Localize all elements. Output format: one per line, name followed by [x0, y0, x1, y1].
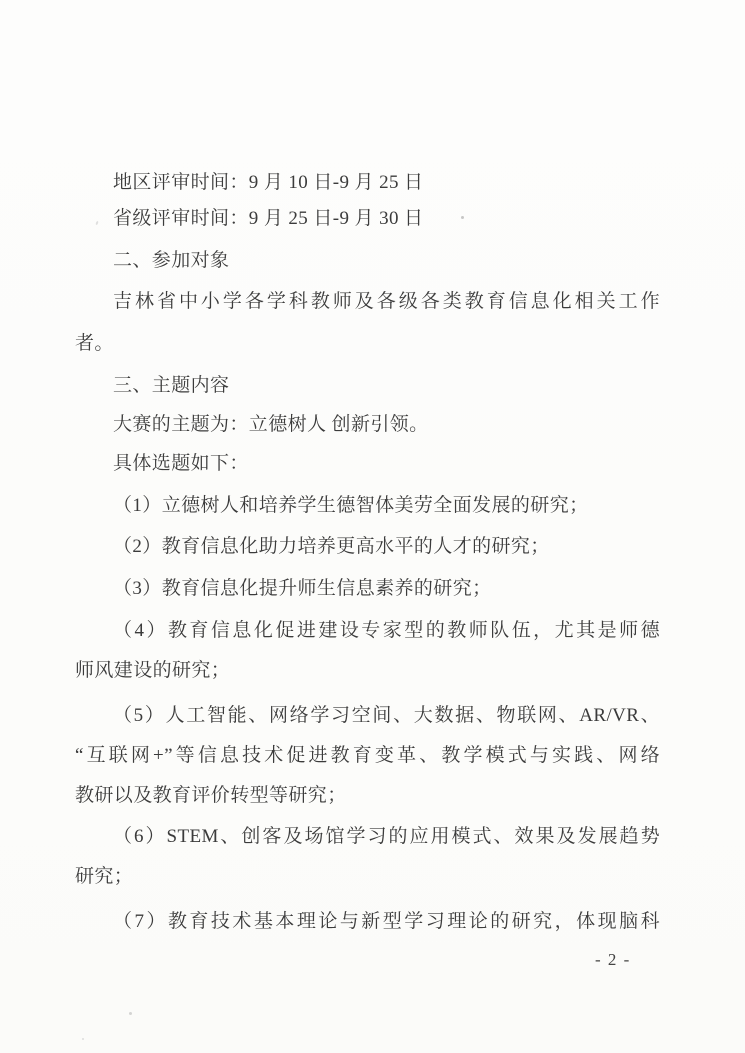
line-topic-2: （2）教育信息化助力培养更高水平的人才的研究； — [75, 533, 660, 560]
line-topic-4a: （4）教育信息化促进建设专家型的教师队伍，尤其是师德 — [75, 617, 660, 644]
scan-speck — [129, 1012, 132, 1015]
page-number: - 2 - — [595, 948, 631, 972]
line-topic-5a: （5）人工智能、网络学习空间、大数据、物联网、AR/VR、 — [75, 702, 660, 729]
scanned-document-page: 地区评审时间：9 月 10 日-9 月 25 日 省级评审时间：9 月 25 日… — [0, 0, 745, 1053]
heading-section-3-theme-content: 三、主题内容 — [75, 372, 660, 399]
line-topic-6a: （6）STEM、创客及场馆学习的应用模式、效果及发展趋势 — [75, 823, 660, 850]
heading-section-2-participants: 二、参加对象 — [75, 247, 660, 274]
line-topic-1: （1）立德树人和培养学生德智体美劳全面发展的研究； — [75, 492, 660, 519]
line-topic-3: （3）教育信息化提升师生信息素养的研究； — [75, 575, 660, 602]
line-topic-6b: 研究； — [75, 863, 660, 890]
line-topics-intro: 具体选题如下： — [75, 450, 660, 477]
line-participants-1: 吉林省中小学各学科教师及各级各类教育信息化相关工作 — [75, 288, 660, 315]
line-competition-theme: 大赛的主题为：立德树人 创新引领。 — [75, 411, 660, 438]
line-participants-2: 者。 — [75, 330, 660, 357]
line-topic-7: （7）教育技术基本理论与新型学习理论的研究，体现脑科 — [75, 908, 660, 935]
line-topic-5c: 教研以及教育评价转型等研究； — [75, 782, 660, 809]
line-province-review-time: 省级评审时间：9 月 25 日-9 月 30 日 — [75, 205, 660, 232]
line-region-review-time: 地区评审时间：9 月 10 日-9 月 25 日 — [75, 169, 660, 196]
scan-speck — [82, 1038, 84, 1040]
line-topic-4b: 师风建设的研究； — [75, 657, 660, 684]
line-topic-5b: “互联网+”等信息技术促进教育变革、教学模式与实践、网络 — [75, 742, 660, 769]
scan-speck — [461, 216, 464, 219]
